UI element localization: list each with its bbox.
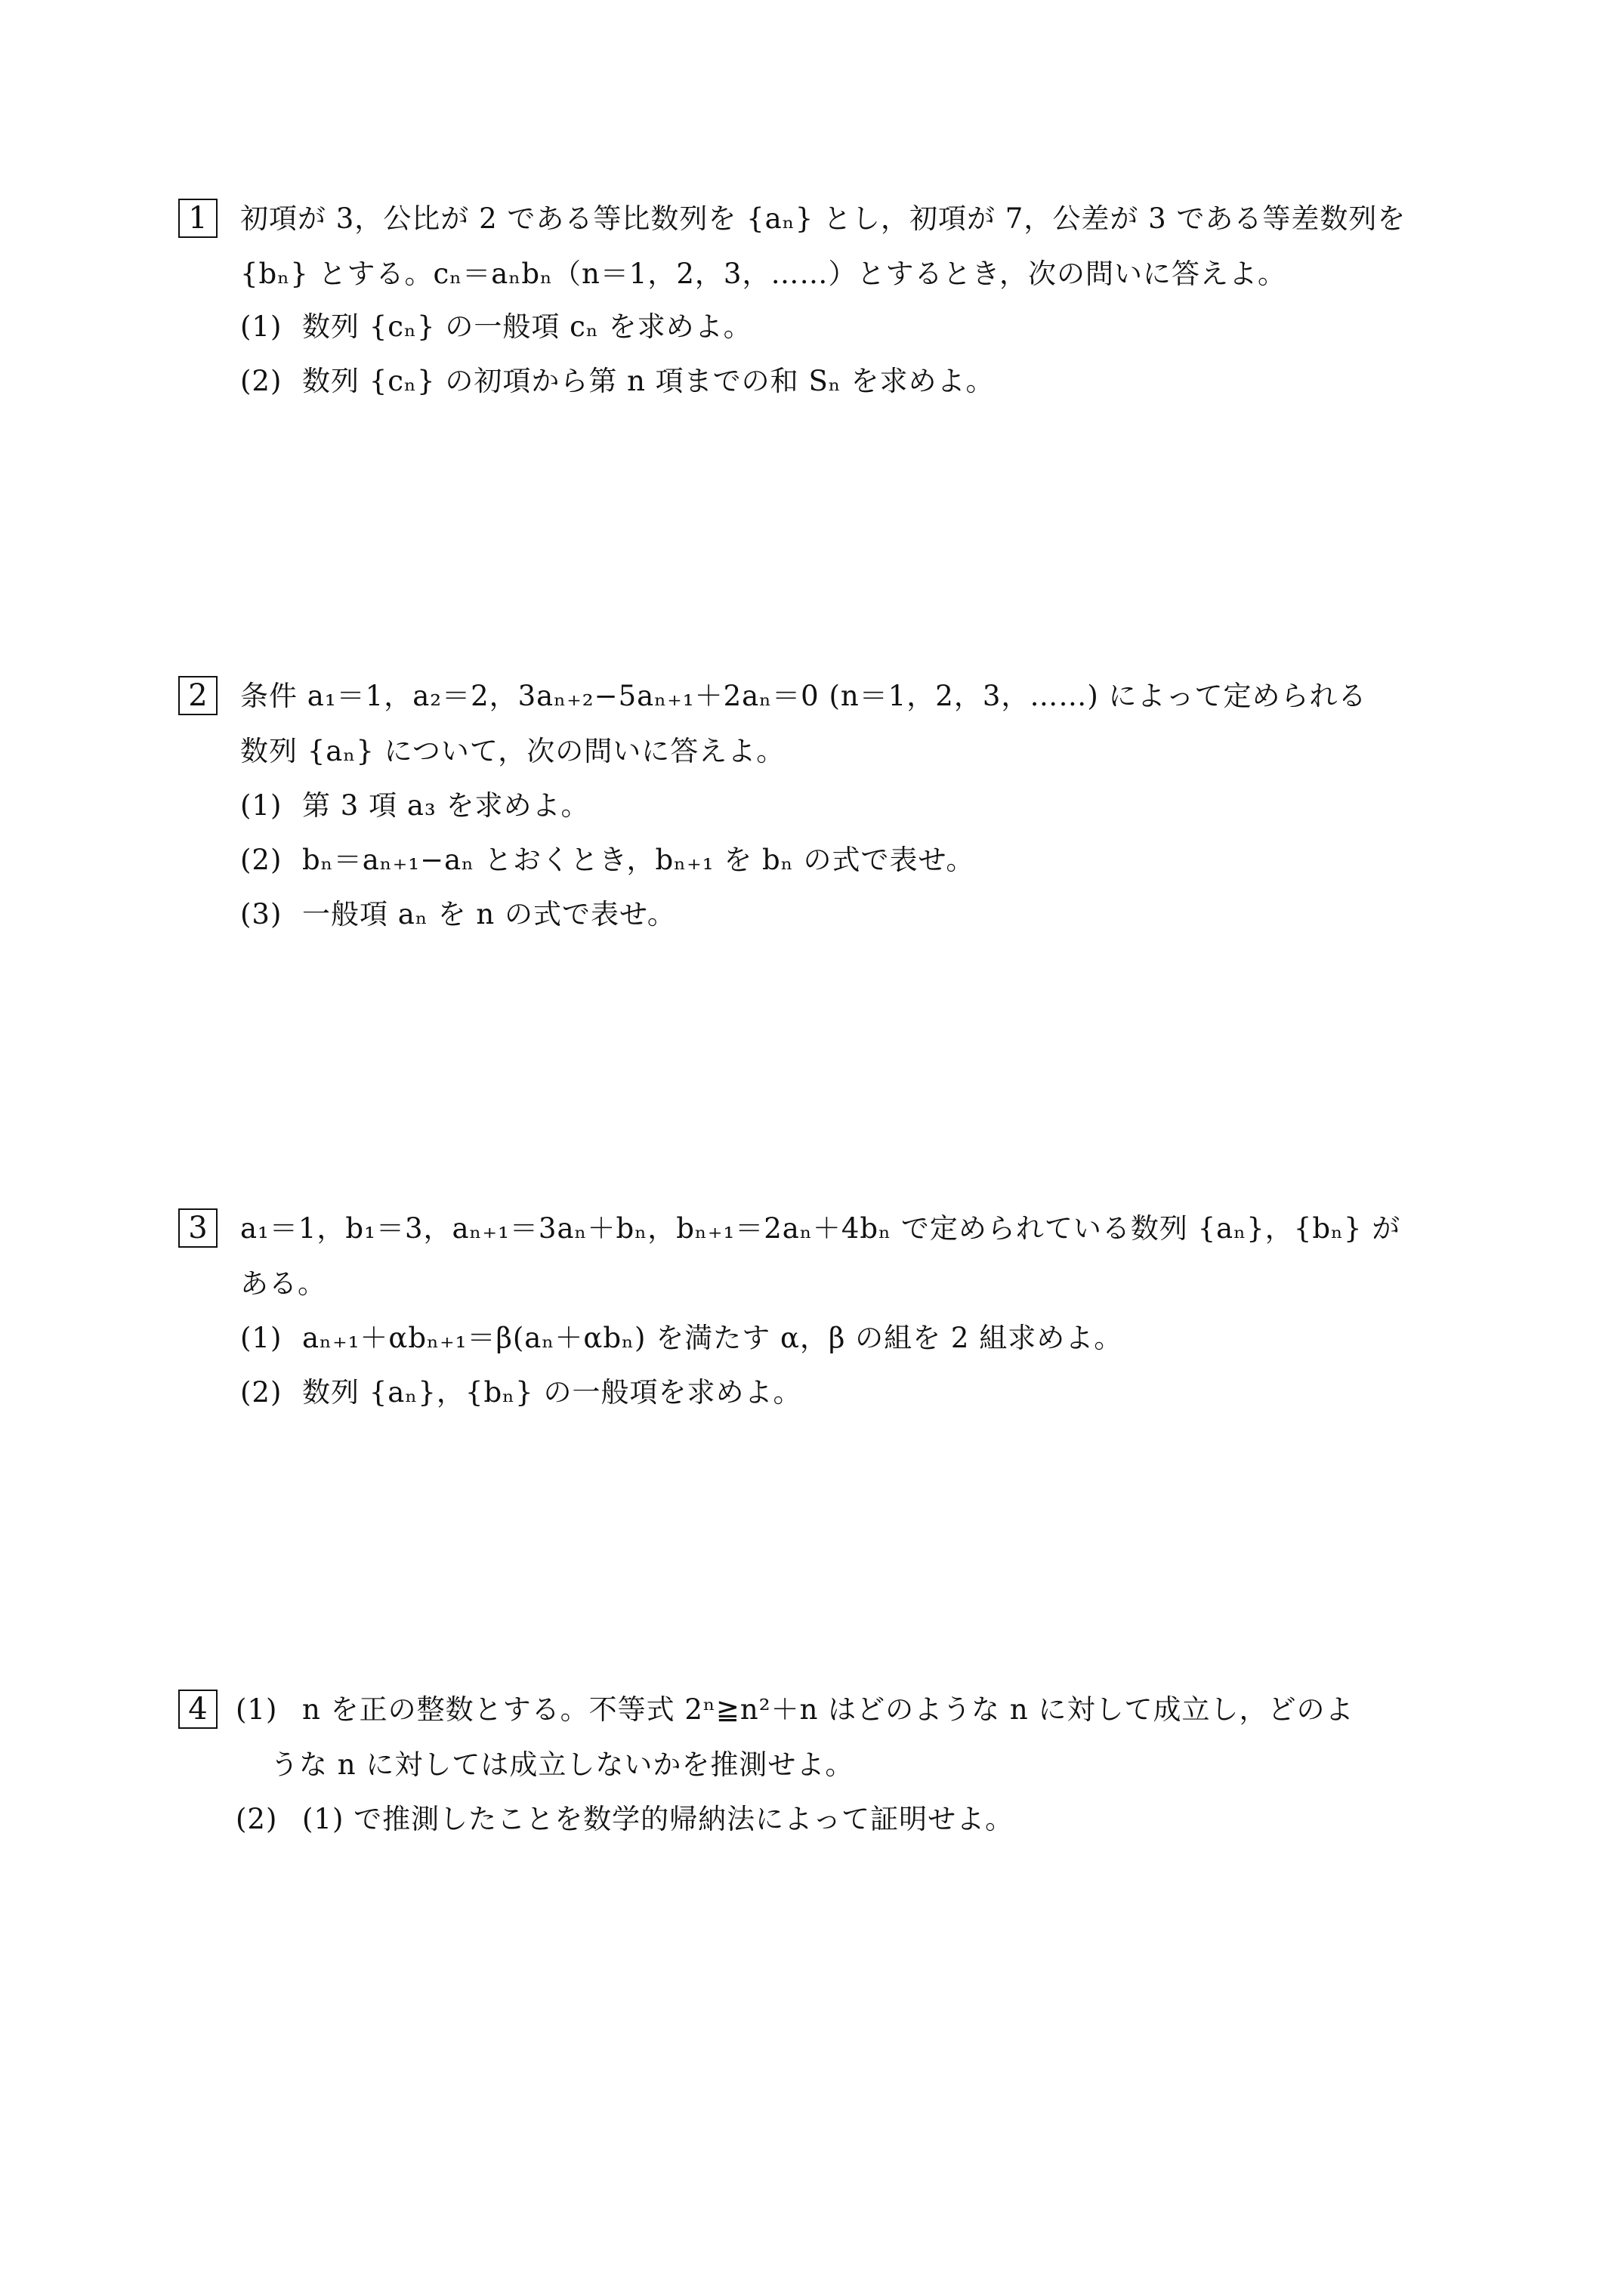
sub-question: (3)一般項 aₙ を n の式で表せ。 [240,896,676,934]
sub-question-label: (2) [240,1374,302,1412]
problem-statement-line: 条件 a₁＝1，a₂＝2，3aₙ₊₂−5aₙ₊₁＋2aₙ＝0 (n＝1，2，3，… [240,677,1367,715]
sub-question-text: 数列 {cₙ} の一般項 cₙ を求めよ。 [302,310,752,343]
sub-question: (2)bₙ＝aₙ₊₁−aₙ とおくとき，bₙ₊₁ を bₙ の式で表せ。 [240,841,974,879]
sub-question-text: 数列 {cₙ} の初項から第 n 項までの和 Sₙ を求めよ。 [302,365,995,397]
problem-statement-line: 数列 {aₙ} について，次の問いに答えよ。 [240,733,785,770]
problem-statement-line: 初項が 3，公比が 2 である等比数列を {aₙ} とし，初項が 7，公差が 3… [240,200,1406,238]
problem-number-box: 2 [178,676,218,715]
problem-number-box: 3 [178,1208,218,1248]
sub-question-label: (2) [240,363,302,400]
sub-question: (1)aₙ₊₁＋αbₙ₊₁＝β(aₙ＋αbₙ) を満たす α，β の組を 2 組… [240,1319,1122,1357]
sub-question-text: aₙ₊₁＋αbₙ₊₁＝β(aₙ＋αbₙ) を満たす α，β の組を 2 組求めよ… [302,1322,1122,1354]
sub-question-label: (1) [240,308,302,346]
sub-question-label: (1) [240,787,302,825]
sub-question-text: 一般項 aₙ を n の式で表せ。 [302,898,676,930]
sub-question-continuation: うな n に対しては成立しないかを推測せよ。 [270,1746,854,1784]
sub-question: (2)数列 {aₙ}，{bₙ} の一般項を求めよ。 [240,1374,801,1412]
problem-number-box: 1 [178,199,218,238]
sub-question-text: n を正の整数とする。不等式 2ⁿ≧n²＋n はどのような n に対して成立し，… [302,1693,1354,1726]
problem-number-box: 4 [178,1690,218,1729]
sub-question-text: 第 3 項 a₃ を求めよ。 [302,789,589,822]
problem-statement-line: a₁＝1，b₁＝3，aₙ₊₁＝3aₙ＋bₙ，bₙ₊₁＝2aₙ＋4bₙ で定められ… [240,1210,1400,1248]
sub-question-label: (2) [236,1801,302,1838]
sub-question: (1)第 3 項 a₃ を求めよ。 [240,787,589,825]
sub-question-label: (1) [240,1319,302,1357]
sub-question: (1)数列 {cₙ} の一般項 cₙ を求めよ。 [240,308,752,346]
problem-statement-line: ある。 [240,1265,326,1303]
sub-question-text: bₙ＝aₙ₊₁−aₙ とおくとき，bₙ₊₁ を bₙ の式で表せ。 [302,844,974,876]
sub-question: (2)(1) で推測したことを数学的帰納法によって証明せよ。 [236,1801,1014,1838]
problem-statement-line: {bₙ} とする。cₙ＝aₙbₙ（n＝1，2，3，……）とするとき，次の問いに答… [240,255,1286,293]
sub-question-label: (2) [240,841,302,879]
sub-question-text: 数列 {aₙ}，{bₙ} の一般項を求めよ。 [302,1376,801,1409]
sub-question: (2)数列 {cₙ} の初項から第 n 項までの和 Sₙ を求めよ。 [240,363,995,400]
sub-question: (1)n を正の整数とする。不等式 2ⁿ≧n²＋n はどのような n に対して成… [236,1691,1354,1729]
sub-question-label: (3) [240,896,302,934]
sub-question-text: (1) で推測したことを数学的帰納法によって証明せよ。 [302,1803,1014,1835]
sub-question-label: (1) [236,1691,302,1729]
